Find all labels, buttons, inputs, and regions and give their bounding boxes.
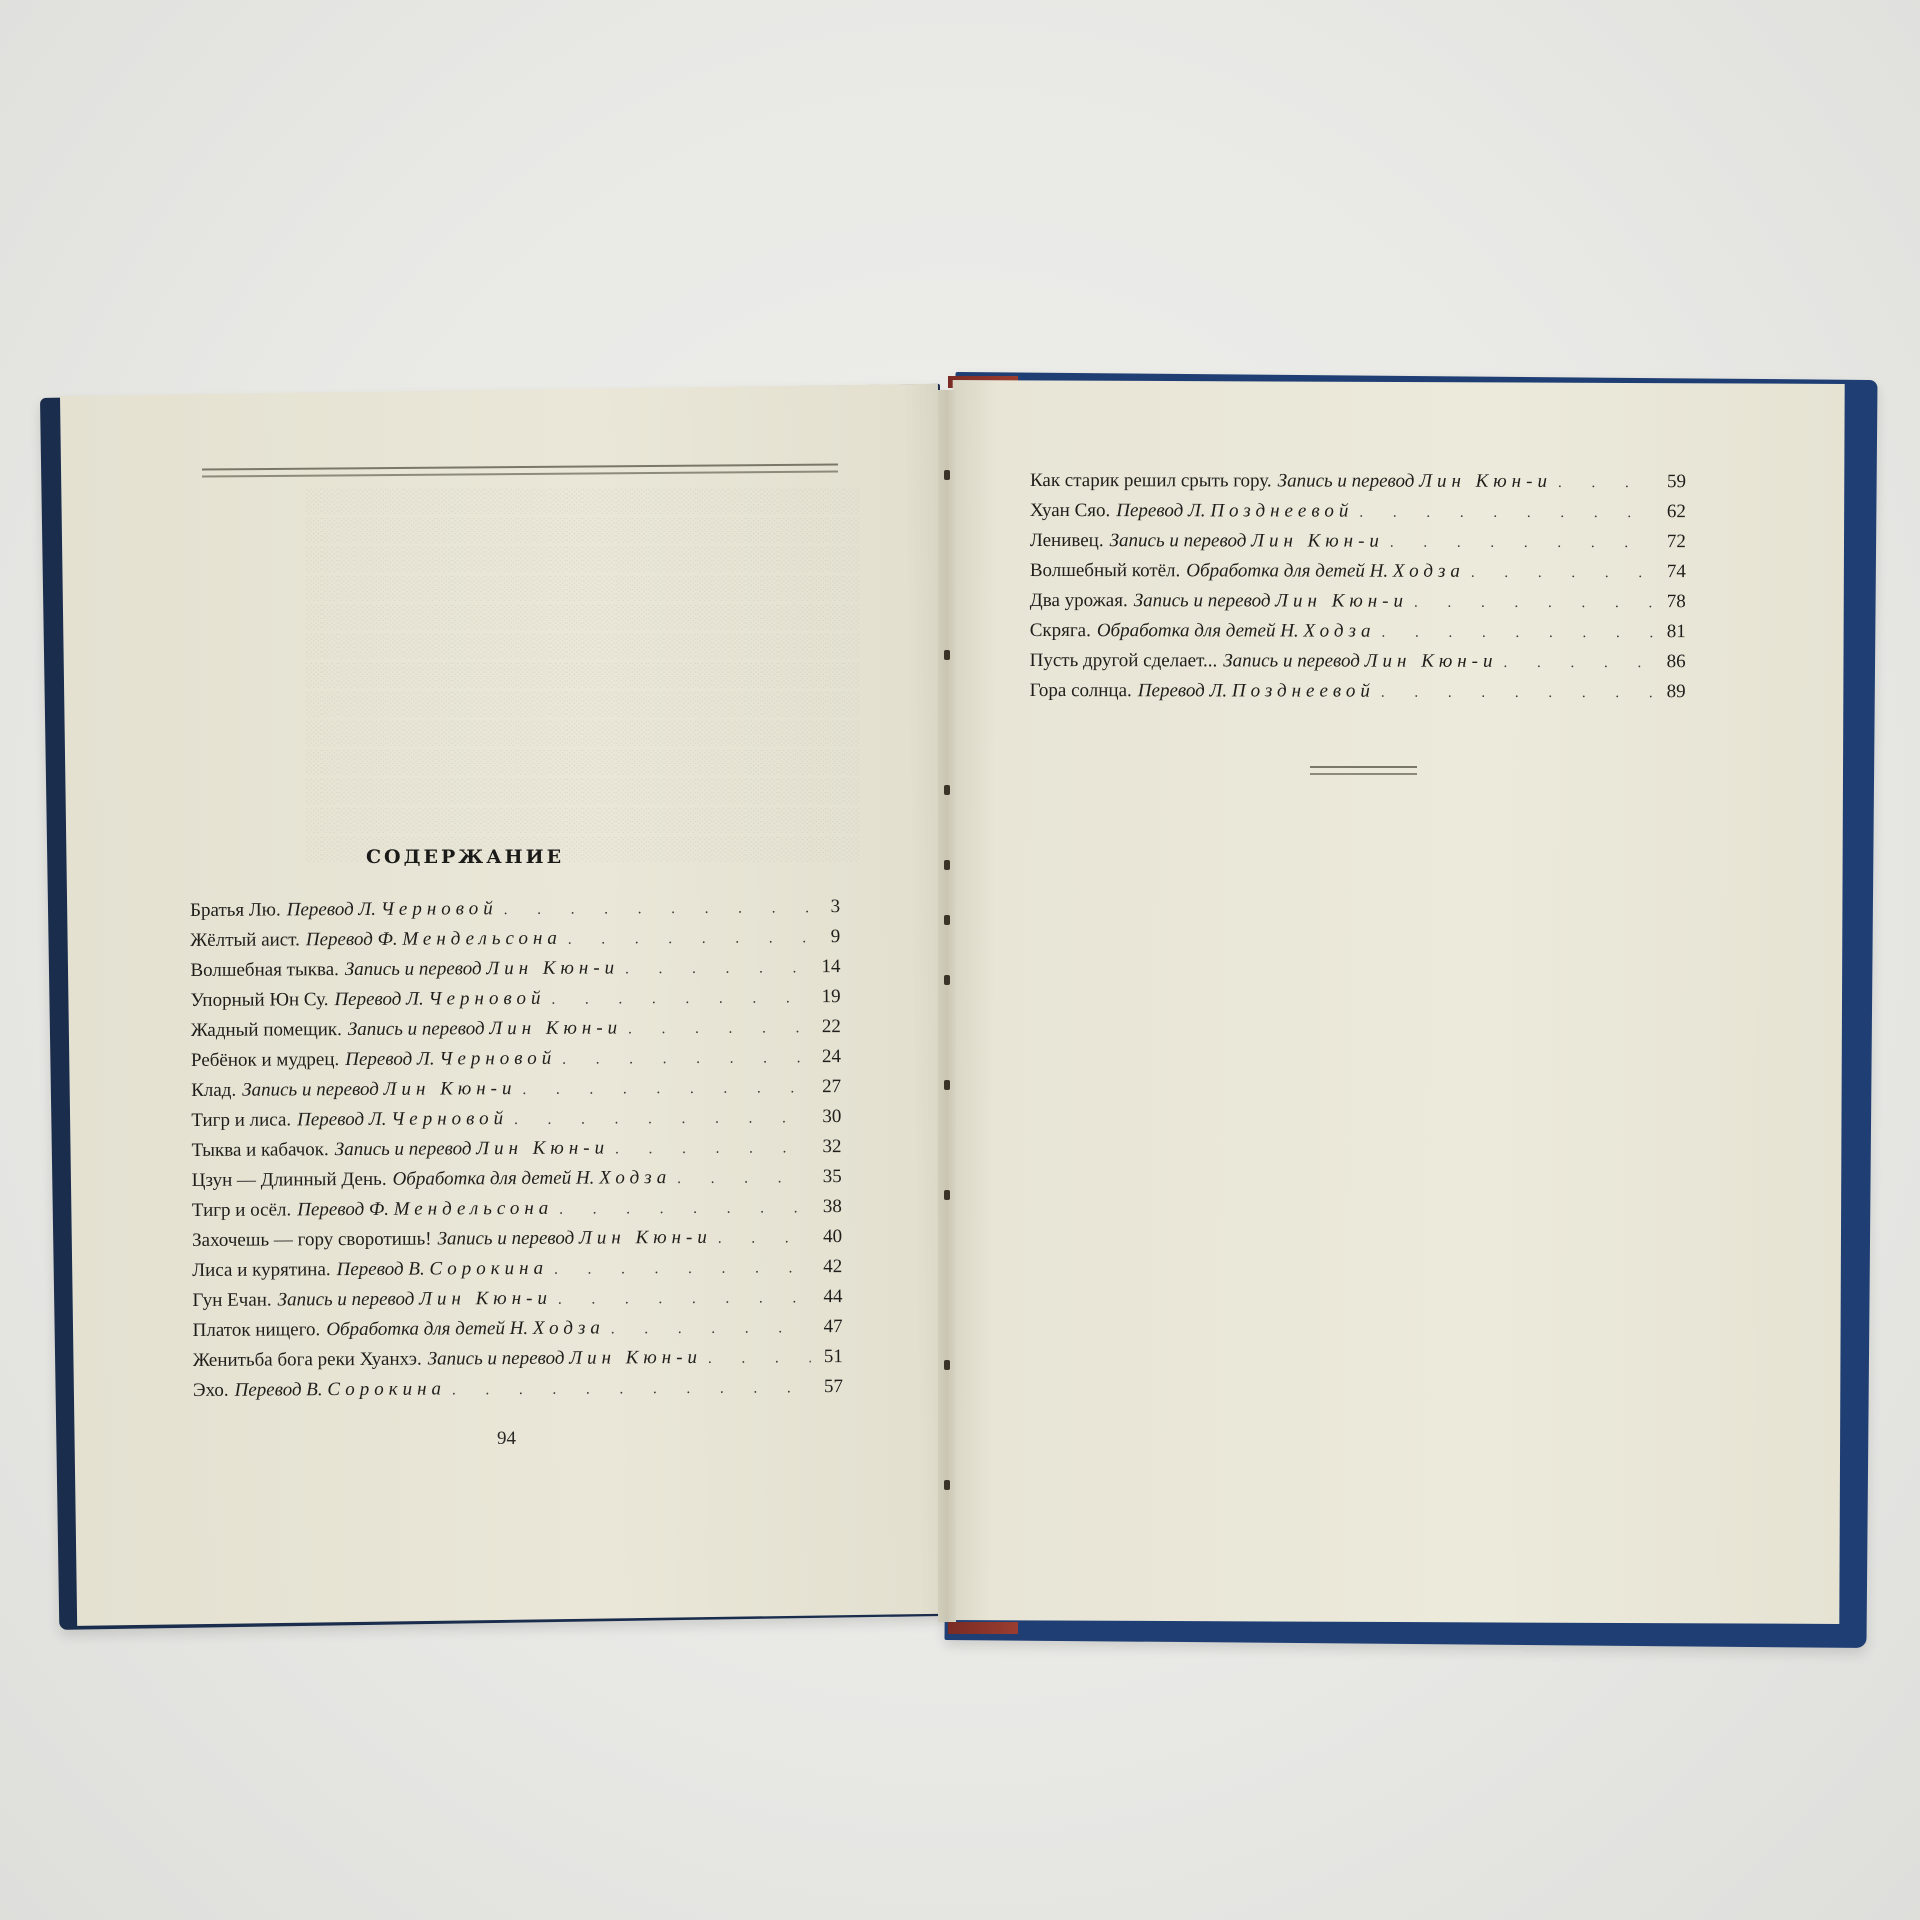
leader-dots [628, 1020, 809, 1038]
leader-dots [718, 1230, 810, 1248]
leader-dots [1359, 505, 1654, 523]
page-ref: 40 [816, 1226, 842, 1248]
spine-binding-bottom [948, 1622, 1018, 1634]
page-ref: 81 [1660, 621, 1686, 643]
toc-entry[interactable]: Женитьба бога реки Хуанхэ.Запись и перев… [193, 1346, 843, 1380]
leader-dots [1381, 625, 1653, 642]
leader-dots [1558, 475, 1654, 492]
toc-entry[interactable]: Платок нищего.Обработка для детей Н. Ход… [193, 1316, 843, 1350]
leader-dots [1471, 565, 1654, 582]
page-ref: 3 [814, 896, 840, 918]
page-ref: 9 [814, 926, 840, 948]
page-ref: 35 [816, 1166, 842, 1188]
leader-dots [1414, 595, 1654, 612]
toc-entry[interactable]: Цзун — Длинный День.Обработка для детей … [192, 1166, 842, 1200]
leader-dots [522, 1080, 809, 1099]
toc-entry[interactable]: Ребёнок и мудрец.Перевод Л. Черновой24 [191, 1046, 841, 1080]
page-ref: 86 [1660, 651, 1686, 673]
leader-dots [554, 1260, 810, 1279]
page-ref: 57 [817, 1376, 843, 1398]
toc-entry[interactable]: Гора солнца.Перевод Л. Позднеевой89 [1030, 680, 1686, 711]
leader-dots [1381, 685, 1654, 702]
leader-dots [1503, 655, 1653, 672]
page-ref: 42 [816, 1256, 842, 1278]
leader-dots [625, 960, 808, 978]
toc-entry[interactable]: Клад.Запись и перевод Лин Кюн-и27 [191, 1076, 841, 1110]
toc-entry[interactable]: Упорный Юн Су.Перевод Л. Черновой19 [191, 986, 841, 1020]
page-ref: 27 [815, 1076, 841, 1098]
stitch-mark [944, 470, 950, 480]
page-ref: 74 [1660, 561, 1686, 583]
page-number: 94 [497, 1428, 516, 1450]
page-ref: 51 [817, 1346, 843, 1368]
page-ref: 78 [1660, 591, 1686, 613]
book-gutter [938, 390, 956, 1622]
toc-entry[interactable]: Жадный помещик.Запись и перевод Лин Кюн-… [191, 1016, 841, 1050]
stitch-mark [944, 1360, 950, 1370]
page-ref: 22 [815, 1016, 841, 1038]
toc-entry[interactable]: Захочешь — гору своротишь!Запись и перев… [192, 1226, 842, 1260]
leader-dots [558, 1290, 811, 1309]
page-ref: 89 [1660, 681, 1686, 703]
page-ref: 24 [815, 1046, 841, 1068]
leader-dots [615, 1140, 810, 1158]
page-ref: 62 [1660, 501, 1686, 523]
toc-entry[interactable]: Жёлтый аист.Перевод Ф. Мендельсона9 [190, 926, 840, 960]
page-ref: 30 [815, 1106, 841, 1128]
toc-entry[interactable]: Братья Лю.Перевод Л. Черновой3 [190, 896, 840, 930]
stitch-mark [944, 785, 950, 795]
toc-entry[interactable]: Хуан Сяо.Перевод Л. Позднеевой62 [1030, 500, 1686, 531]
leader-dots [452, 1380, 811, 1399]
page-ref: 32 [815, 1136, 841, 1158]
toc-entry[interactable]: Два урожая.Запись и перевод Лин Кюн-и78 [1030, 590, 1686, 621]
end-double-rule [1310, 766, 1417, 775]
stitch-mark [944, 1480, 950, 1490]
page-ref: 47 [817, 1316, 843, 1338]
toc-entry[interactable]: Тыква и кабачок.Запись и перевод Лин Кюн… [191, 1136, 841, 1170]
page-ref: 38 [816, 1196, 842, 1218]
stitch-mark [944, 975, 950, 985]
stitch-mark [944, 650, 950, 660]
leader-dots [514, 1110, 809, 1129]
page-ref: 72 [1660, 531, 1686, 553]
toc-entry[interactable]: Ленивец.Запись и перевод Лин Кюн-и72 [1030, 530, 1686, 561]
toc-list-right: Как старик решил срыть гору.Запись и пер… [1030, 470, 1686, 711]
toc-entry[interactable]: Как старик решил срыть гору.Запись и пер… [1030, 470, 1686, 501]
toc-entry[interactable]: Волшебный котёл.Обработка для детей Н. Х… [1030, 560, 1686, 591]
leader-dots [559, 1200, 810, 1219]
leader-dots [551, 990, 808, 1009]
page-ref: 19 [815, 986, 841, 1008]
stitch-mark [944, 1080, 950, 1090]
toc-entry[interactable]: Гун Ечан.Запись и перевод Лин Кюн-и44 [192, 1286, 842, 1320]
toc-entry[interactable]: Тигр и осёл.Перевод Ф. Мендельсона38 [192, 1196, 842, 1230]
leader-dots [504, 900, 808, 919]
page-ref: 59 [1660, 471, 1686, 493]
leader-dots [708, 1350, 811, 1368]
toc-entry[interactable]: Пусть другой сделает...Запись и перевод … [1030, 650, 1686, 681]
toc-entry[interactable]: Волшебная тыква.Запись и перевод Лин Кюн… [190, 956, 840, 990]
page-ref: 14 [814, 956, 840, 978]
leader-dots [1390, 535, 1654, 552]
leader-dots [568, 930, 808, 948]
leader-dots [677, 1170, 810, 1188]
contents-heading: СОДЕРЖАНИЕ [150, 846, 780, 868]
toc-list-left: Братья Лю.Перевод Л. Черновой3 Жёлтый аи… [190, 896, 843, 1410]
stitch-mark [944, 860, 950, 870]
toc-entry[interactable]: Скряга.Обработка для детей Н. Ходза81 [1030, 620, 1686, 651]
toc-entry[interactable]: Тигр и лиса.Перевод Л. Черновой30 [191, 1106, 841, 1140]
leader-dots [611, 1320, 811, 1338]
leader-dots [562, 1050, 809, 1069]
stitch-mark [944, 1190, 950, 1200]
stitch-mark [944, 915, 950, 925]
toc-entry[interactable]: Эхо.Перевод В. Сорокина57 [193, 1376, 843, 1410]
page-ref: 44 [816, 1286, 842, 1308]
toc-entry[interactable]: Лиса и курятина.Перевод В. Сорокина42 [192, 1256, 842, 1290]
